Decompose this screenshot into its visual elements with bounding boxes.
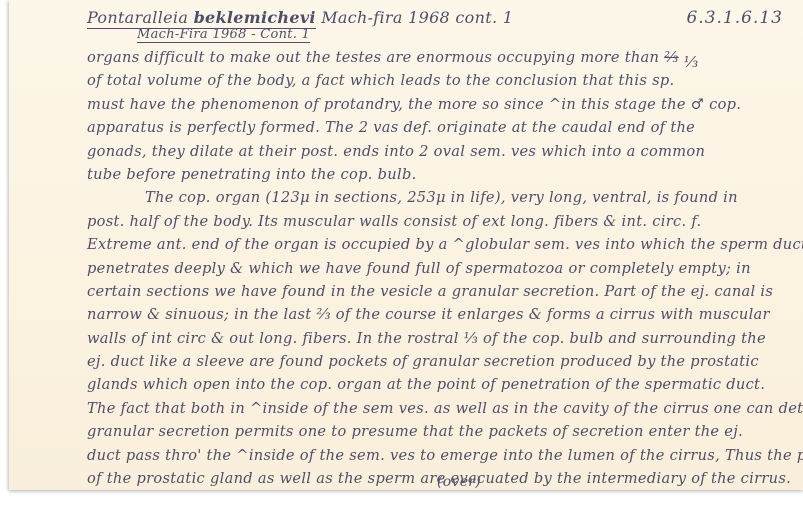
species-genus: Pontaralleia (87, 8, 188, 27)
catalog-number: 6.3.1.6.13 (686, 8, 783, 28)
body-line: narrow & sinuous; in the last ⅔ of the c… (87, 303, 799, 326)
body-line: tube before penetrating into the cop. bu… (87, 163, 799, 186)
line1-text: organs difficult to make out the testes … (87, 49, 664, 66)
body-line: duct pass thro' the ^inside of the sem. … (87, 444, 799, 467)
species-name: Pontaralleia beklemichevi (87, 8, 316, 29)
body-line: apparatus is perfectly formed. The 2 vas… (87, 116, 799, 139)
body-line: Extreme ant. end of the organ is occupie… (87, 233, 799, 256)
index-card: Pontaralleia beklemichevi Mach-fira 1968… (9, 0, 803, 490)
body-line: The fact that both in ^inside of the sem… (87, 397, 799, 420)
body-line: organs difficult to make out the testes … (87, 46, 799, 69)
body-line: post. half of the body. Its muscular wal… (87, 210, 799, 233)
body-line: gonads, they dilate at their post. ends … (87, 140, 799, 163)
over-note: (over) (437, 474, 481, 490)
body-line: The cop. organ (123μ in sections, 253μ i… (87, 186, 799, 209)
header-line: Pontaralleia beklemichevi Mach-fira 1968… (87, 8, 783, 28)
title-rest: Mach-fira 1968 cont. 1 (321, 8, 513, 27)
corrected-fraction: ⅓ (684, 51, 699, 74)
species-epithet: beklemichevi (194, 8, 316, 27)
body-line: granular secretion permits one to presum… (87, 420, 799, 443)
body-line: penetrates deeply & which we have found … (87, 257, 799, 280)
body-text: organs difficult to make out the testes … (87, 46, 799, 490)
body-line: walls of int circ & out long. fibers. In… (87, 327, 799, 350)
body-line: must have the phenomenon of protandry, t… (87, 93, 799, 116)
subtitle-insertion: Mach-Fira 1968 - Cont. 1 (137, 27, 310, 43)
card-title: Pontaralleia beklemichevi Mach-fira 1968… (87, 8, 513, 27)
body-line: glands which open into the cop. organ at… (87, 373, 799, 396)
struck-fraction: ⅔ (664, 49, 678, 66)
body-line: certain sections we have found in the ve… (87, 280, 799, 303)
body-line: ej. duct like a sleeve are found pockets… (87, 350, 799, 373)
